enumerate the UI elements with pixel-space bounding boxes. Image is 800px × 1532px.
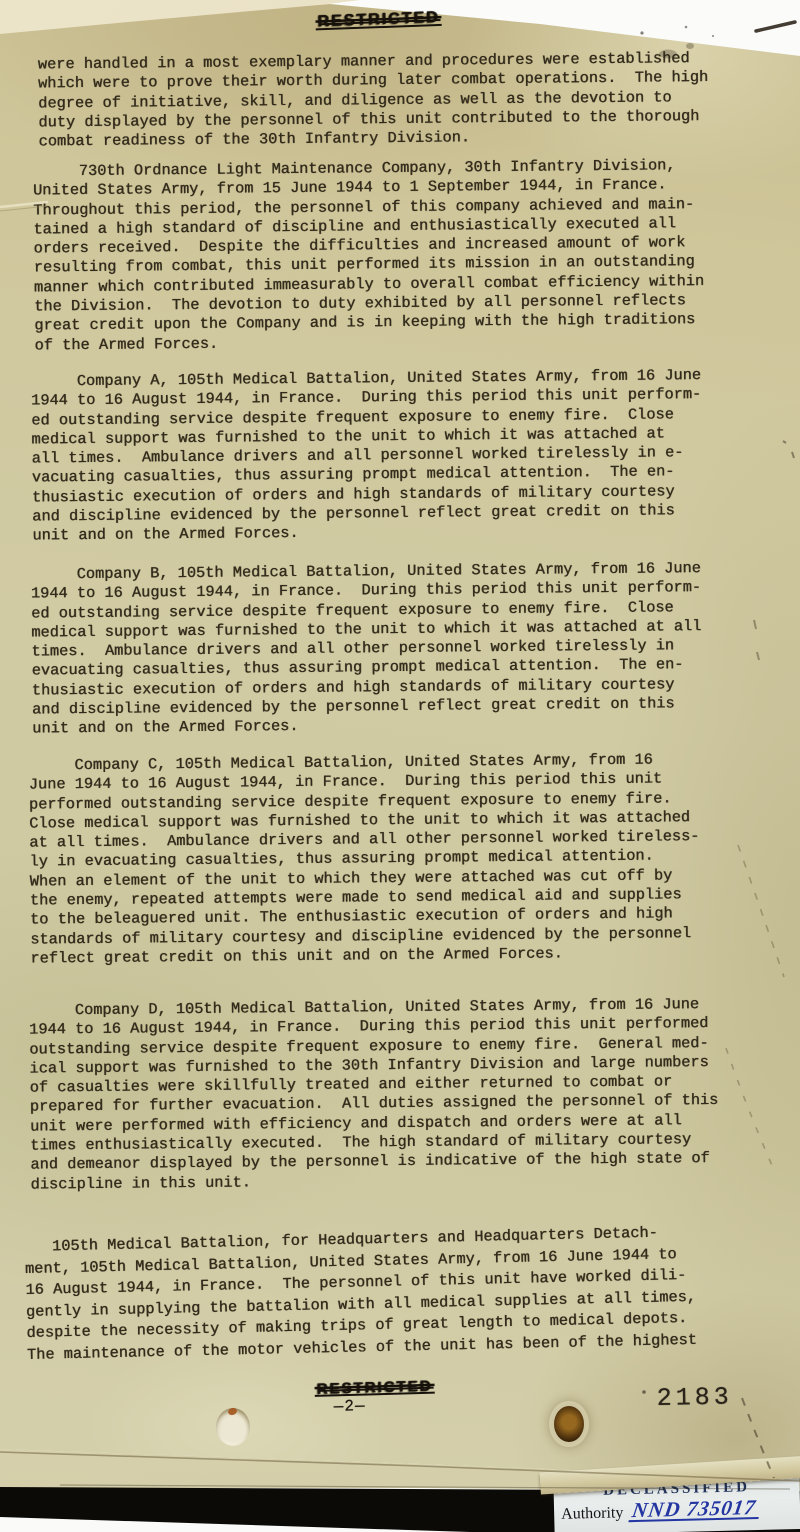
- scanned-document-page: DECLASSIFIED Authority NND 735017 were h…: [0, 0, 800, 1532]
- typed-paragraph: were handled in a most exemplary manner …: [38, 49, 709, 152]
- typed-paragraph: Company D, 105th Medical Battalion, Unit…: [29, 995, 719, 1195]
- typed-paragraph: 105th Medical Battalion, for Headquarter…: [24, 1222, 697, 1367]
- typed-text-layer: were handled in a most exemplary manner …: [0, 0, 800, 1532]
- typed-paragraph: 730th Ordnance Light Maintenance Company…: [33, 156, 705, 355]
- page-number: —2—: [334, 1397, 366, 1416]
- typed-paragraph: Company B, 105th Medical Battalion, Unit…: [31, 559, 703, 739]
- typed-paragraph: Company C, 105th Medical Battalion, Unit…: [29, 750, 701, 969]
- restricted-stamp-bottom: RESTRICTED: [314, 1378, 434, 1398]
- typed-paragraph: Company A, 105th Medical Battalion, Unit…: [31, 366, 703, 546]
- restricted-stamp-top: RESTRICTED: [315, 9, 442, 32]
- serial-number: 2183: [656, 1382, 733, 1413]
